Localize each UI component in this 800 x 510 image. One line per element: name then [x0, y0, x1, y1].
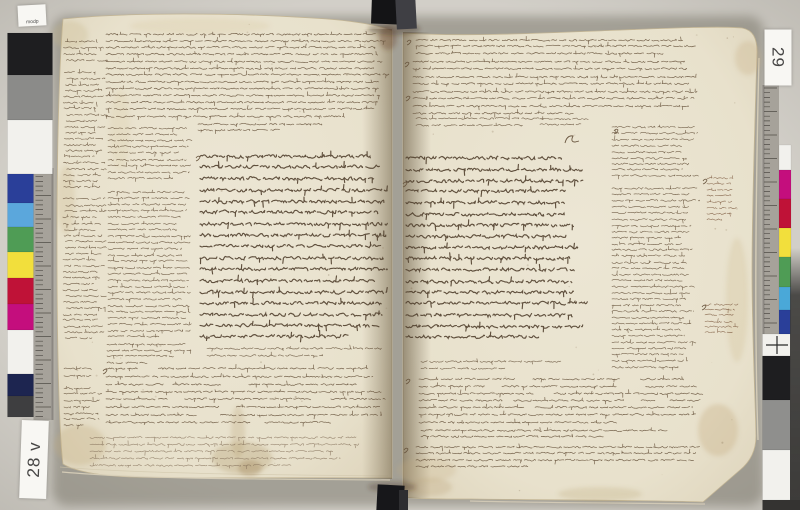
speckle — [714, 228, 716, 230]
speckle — [736, 208, 738, 210]
dark-edge-corner — [763, 500, 800, 510]
left-patch-gray — [8, 75, 53, 120]
speckle — [155, 396, 157, 398]
right-patch-cyan — [779, 287, 791, 310]
folio-label-right: 29 — [765, 30, 792, 86]
speckle — [433, 133, 434, 134]
speckle — [519, 490, 520, 491]
manuscript-photo: modp 28 v 29 — [0, 0, 800, 510]
speckle — [249, 24, 250, 25]
right-patch-blue — [779, 310, 791, 334]
speckle — [721, 442, 723, 444]
speckle — [731, 419, 732, 420]
left-ruler-edge — [52, 168, 54, 420]
speckle — [142, 140, 144, 142]
speckle — [411, 287, 413, 289]
speckle — [598, 370, 599, 371]
left-page — [57, 14, 392, 478]
binding-clamp-top — [368, 0, 420, 35]
clamp-top-dark — [371, 0, 398, 24]
speckle — [423, 212, 424, 213]
right-color-target — [763, 85, 792, 500]
speckle — [722, 184, 723, 185]
speckle — [76, 369, 78, 371]
speckle — [183, 377, 185, 379]
left-patch-white — [8, 120, 53, 174]
speckle — [725, 229, 727, 231]
speckle — [492, 131, 494, 133]
speckle — [275, 397, 277, 399]
left-patch-navy — [8, 374, 34, 396]
speckle — [727, 37, 728, 38]
left-patch-magenta — [8, 304, 34, 330]
speckle — [258, 119, 260, 121]
left-patch-darkgray — [8, 396, 34, 417]
speckle — [733, 36, 734, 37]
speckle — [159, 345, 161, 347]
speckle — [270, 275, 271, 276]
clamp-bottom-light — [399, 490, 408, 510]
speckle — [219, 160, 220, 161]
right-patch-gray — [763, 400, 791, 450]
left-patch-white-2 — [8, 330, 34, 374]
photo-canvas — [0, 0, 800, 510]
speckle — [92, 342, 93, 343]
speckle — [274, 463, 275, 464]
speckle — [346, 74, 348, 76]
speckle — [301, 401, 302, 402]
right-patch-magenta — [779, 170, 791, 199]
speckle — [734, 102, 735, 103]
speckle — [299, 111, 301, 113]
left-patch-red — [8, 278, 34, 304]
left-patch-lightblue — [8, 203, 34, 227]
speckle — [656, 334, 658, 336]
speckle — [295, 396, 297, 398]
speckle — [492, 391, 493, 392]
speckle — [575, 347, 577, 349]
speckle — [328, 274, 330, 276]
speckle — [647, 453, 648, 454]
speckle — [513, 247, 514, 248]
speckle — [115, 377, 116, 378]
speckle — [348, 238, 350, 240]
speckle — [201, 213, 203, 215]
left-color-target — [8, 33, 54, 420]
clamp-top-light — [395, 0, 417, 30]
speckle — [221, 190, 223, 192]
speckle — [328, 378, 329, 379]
speckle — [550, 427, 551, 428]
speckle — [120, 357, 121, 358]
speckle — [504, 376, 506, 378]
left-patch-blue — [8, 174, 34, 203]
speckle — [676, 93, 678, 95]
dark-edge-band — [790, 248, 800, 510]
gutter-shadow-right — [403, 32, 431, 498]
speckle — [693, 342, 694, 343]
speckle — [118, 57, 119, 58]
right-patch-green — [779, 257, 791, 287]
speckle — [574, 134, 576, 136]
speckle — [593, 374, 595, 376]
speckle — [335, 332, 336, 333]
speckle — [527, 264, 529, 266]
right-patch-white — [779, 145, 791, 170]
speckle — [370, 176, 371, 177]
speckle — [467, 96, 469, 98]
left-patch-green — [8, 227, 34, 252]
speckle — [244, 334, 246, 336]
speckle — [96, 375, 98, 377]
speckle — [540, 268, 541, 269]
speckle — [319, 75, 320, 76]
speckle — [190, 88, 192, 90]
speckle — [711, 362, 712, 363]
right-patch-black — [763, 356, 791, 400]
speckle — [215, 314, 216, 315]
speckle — [568, 286, 569, 287]
right-patch-white-2 — [763, 450, 791, 500]
speckle — [590, 416, 591, 417]
speckle — [469, 247, 471, 249]
speckle — [462, 117, 463, 118]
speckle — [364, 44, 365, 45]
speckle — [696, 34, 698, 36]
speckle — [271, 63, 273, 65]
speckle — [260, 361, 262, 363]
speckle — [382, 247, 384, 249]
right-patch-yellow — [779, 228, 791, 257]
speckle — [633, 318, 634, 319]
speckle — [142, 389, 144, 391]
color-target-maker-tag: modp — [17, 4, 46, 26]
speckle — [247, 31, 249, 33]
speckle — [201, 224, 202, 225]
gutter-shadow-left — [362, 29, 392, 479]
folio-label-left: 28 v — [19, 420, 49, 499]
left-patch-black — [8, 33, 53, 75]
speckle — [658, 284, 659, 285]
left-patch-yellow — [8, 252, 34, 278]
speckle — [386, 307, 388, 309]
speckle — [681, 136, 683, 138]
speckle — [70, 414, 72, 416]
speckle — [662, 474, 663, 475]
right-patch-red — [779, 199, 791, 228]
speckle — [435, 291, 436, 292]
